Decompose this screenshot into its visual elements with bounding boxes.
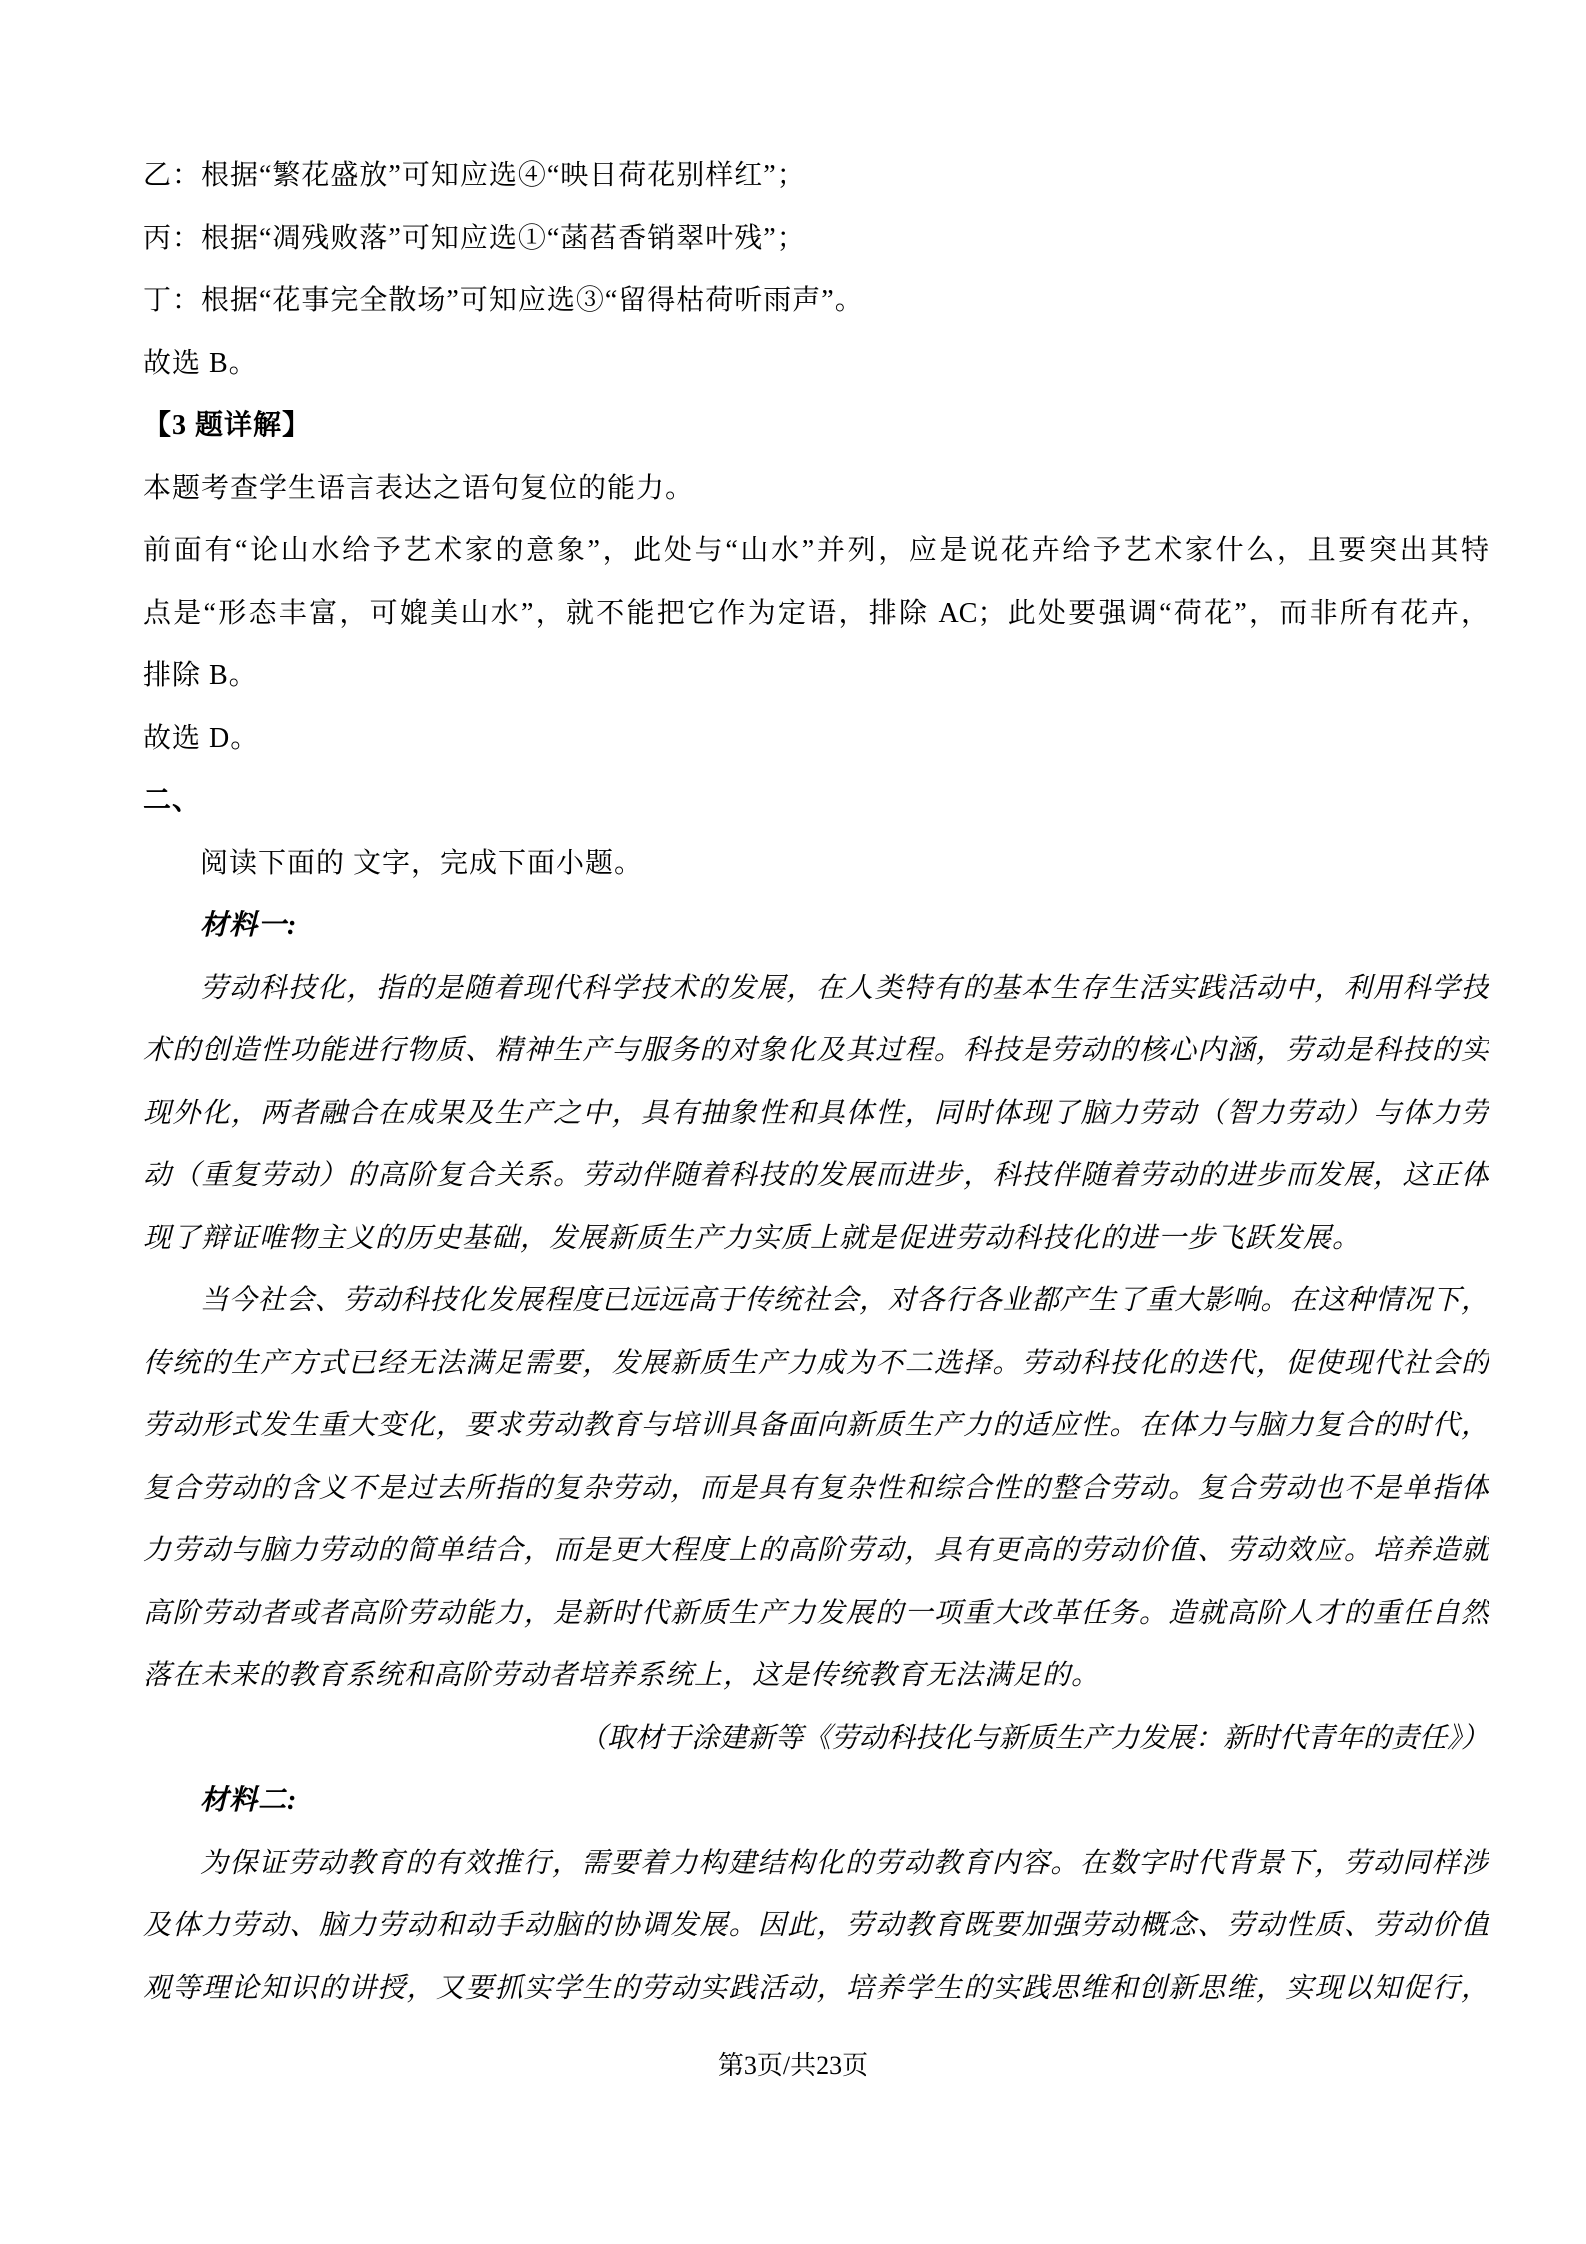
material-one-p2-line: 传统的生产方式已经无法满足需要，发展新质生产力成为不二选择。劳动科技化的迭代，促…	[143, 1333, 1489, 1396]
material-one-label: 材料一:	[143, 895, 1489, 958]
material-one-citation: （取材于涂建新等《劳动科技化与新质生产力发展：新时代青年的责任》）	[143, 1708, 1489, 1771]
material-one-p1-line: 劳动科技化，指的是随着现代科学技术的发展，在人类特有的基本生存生活实践活动中，利…	[143, 958, 1489, 1021]
answer-line-yi: 乙：根据“繁花盛放”可知应选④“映日荷花别样红”；	[143, 145, 1489, 208]
material-one-p2-line: 劳动形式发生重大变化，要求劳动教育与培训具备面向新质生产力的适应性。在体力与脑力…	[143, 1395, 1489, 1458]
analysis-line: 点是“形态丰富，可媲美山水”，就不能把它作为定语，排除 AC；此处要强调“荷花”…	[143, 583, 1489, 646]
analysis-line: 前面有“论山水给予艺术家的意象”，此处与“山水”并列，应是说花卉给予艺术家什么，…	[143, 520, 1489, 583]
material-two-p1-line: 观等理论知识的讲授，又要抓实学生的劳动实践活动，培养学生的实践思维和创新思维，实…	[143, 1958, 1489, 2021]
material-two-p1-line: 为保证劳动教育的有效推行，需要着力构建结构化的劳动教育内容。在数字时代背景下，劳…	[143, 1833, 1489, 1896]
analysis-intro: 本题考查学生语言表达之语句复位的能力。	[143, 458, 1489, 521]
material-one-p2-line: 落在未来的教育系统和高阶劳动者培养系统上，这是传统教育无法满足的。	[143, 1645, 1489, 1708]
material-one-p1-line: 动（重复劳动）的高阶复合关系。劳动伴随着科技的发展而进步，科技伴随着劳动的进步而…	[143, 1145, 1489, 1208]
analysis-conclusion-d: 故选 D。	[143, 708, 1489, 771]
material-one-p2-line: 力劳动与脑力劳动的简单结合，而是更大程度上的高阶劳动，具有更高的劳动价值、劳动效…	[143, 1520, 1489, 1583]
material-one-p1-line: 术的创造性功能进行物质、精神生产与服务的对象化及其过程。科技是劳动的核心内涵，劳…	[143, 1020, 1489, 1083]
answer-conclusion-b: 故选 B。	[143, 333, 1489, 396]
material-two-p1-line: 及体力劳动、脑力劳动和动手动脑的协调发展。因此，劳动教育既要加强劳动概念、劳动性…	[143, 1895, 1489, 1958]
page-content: 乙：根据“繁花盛放”可知应选④“映日荷花别样红”； 丙：根据“凋残败落”可知应选…	[143, 145, 1489, 2020]
material-one-p2-line: 当今社会、劳动科技化发展程度已远远高于传统社会，对各行各业都产生了重大影响。在这…	[143, 1270, 1489, 1333]
answer-line-ding: 丁：根据“花事完全散场”可知应选③“留得枯荷听雨声”。	[143, 270, 1489, 333]
section-two-heading: 二、	[143, 770, 1489, 833]
page-footer: 第3页/共23页	[0, 2035, 1586, 2098]
material-one-p1-line: 现了辩证唯物主义的历史基础，发展新质生产力实质上就是促进劳动科技化的进一步飞跃发…	[143, 1208, 1489, 1271]
detail-heading-q3: 【3 题详解】	[143, 395, 1489, 458]
material-two-label: 材料二:	[143, 1770, 1489, 1833]
material-one-p1-line: 现外化，两者融合在成果及生产之中，具有抽象性和具体性，同时体现了脑力劳动（智力劳…	[143, 1083, 1489, 1146]
material-one-p2-line: 高阶劳动者或者高阶劳动能力，是新时代新质生产力发展的一项重大改革任务。造就高阶人…	[143, 1583, 1489, 1646]
document-page: 乙：根据“繁花盛放”可知应选④“映日荷花别样红”； 丙：根据“凋残败落”可知应选…	[0, 0, 1586, 2244]
analysis-exclude-b: 排除 B。	[143, 645, 1489, 708]
answer-line-bing: 丙：根据“凋残败落”可知应选①“菡萏香销翠叶残”；	[143, 208, 1489, 271]
reading-instruction: 阅读下面的 文字，完成下面小题。	[143, 833, 1489, 896]
material-one-p2-line: 复合劳动的含义不是过去所指的复杂劳动，而是具有复杂性和综合性的整合劳动。复合劳动…	[143, 1458, 1489, 1521]
